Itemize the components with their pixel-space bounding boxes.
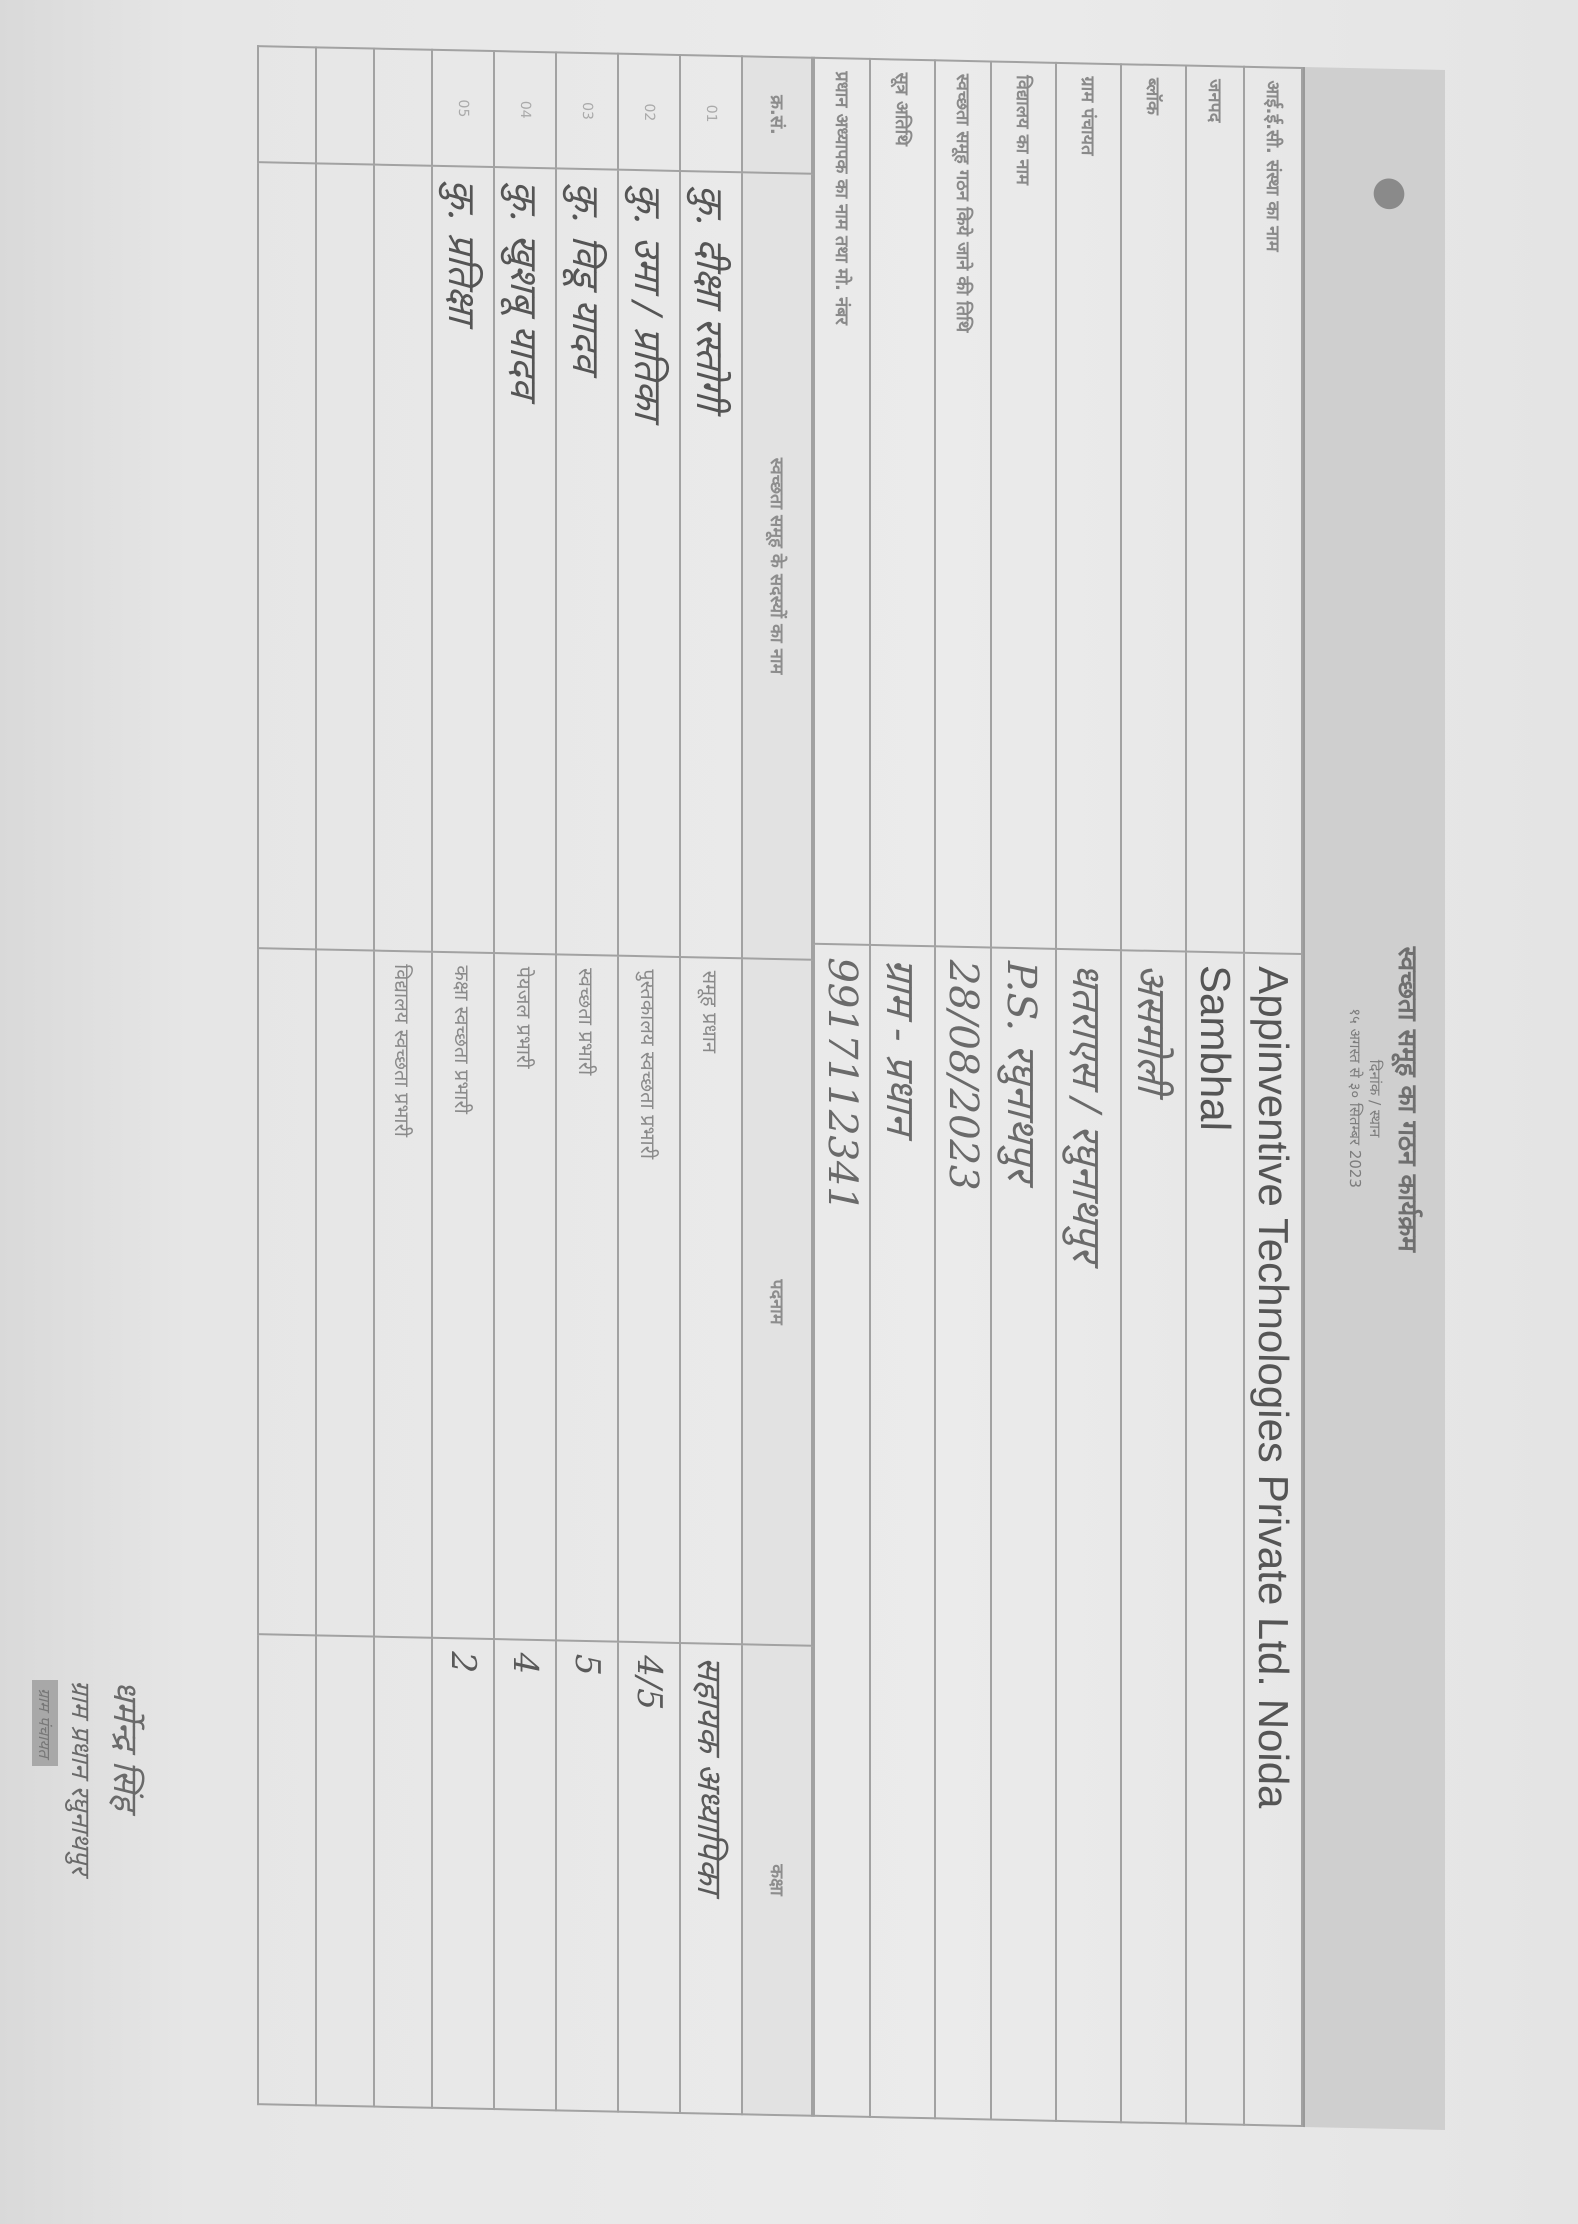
member-class: 5 [556, 1640, 618, 2111]
member-sno: 02 [618, 54, 680, 171]
member-row: 03कु. विडू यादवस्वच्छता प्रभारी5 [556, 52, 618, 2111]
member-class [374, 1637, 432, 2108]
member-class: 4/5 [618, 1642, 680, 2113]
detail-row: जनपदSambhal [1186, 66, 1244, 2125]
member-sno [316, 47, 374, 164]
form-sheet: स्वच्छता समूह का गठन कार्यक्रम दिनांक / … [215, 44, 1445, 2130]
member-designation [258, 948, 316, 1635]
detail-row: प्रधान अध्यापक का नाम तथा मो. नंबर991711… [814, 58, 870, 2117]
detail-value: ग्राम - प्रधान [870, 945, 935, 2118]
member-row [316, 47, 374, 2106]
header-class: कक्षा [742, 1644, 812, 2115]
member-sno: 01 [680, 55, 742, 172]
members-table: क्र.सं. स्वच्छता समूह के सदस्यों का नाम … [257, 45, 813, 2117]
form-header: स्वच्छता समूह का गठन कार्यक्रम दिनांक / … [1303, 67, 1445, 2130]
form-title: स्वच्छता समूह का गठन कार्यक्रम [1391, 69, 1427, 2130]
detail-value: Sambhal [1186, 952, 1244, 2125]
detail-label: ग्राम पंचायत [1056, 63, 1121, 950]
member-name: कु. विडू यादव [556, 168, 618, 955]
member-name [258, 162, 316, 949]
member-designation: कक्षा स्वच्छता प्रभारी [432, 952, 494, 1639]
member-row: 01कु. दीक्षा रस्तोगीसमूह प्रधानसहायक अध्… [680, 55, 742, 2114]
form-subtitle: दिनांक / स्थान १५ अगस्त से ३० सितम्बर 20… [1345, 68, 1385, 2129]
detail-value: धतराएस / रघुनाथपुर [1056, 949, 1121, 2122]
member-designation: समूह प्रधान [680, 957, 742, 1644]
official-stamp: ग्राम पंचायत [32, 1680, 58, 1766]
detail-value: P.S. रघुनाथपुर [991, 947, 1056, 2120]
signature-title: ग्राम प्रधान रघुनाथपुर [64, 1680, 100, 1875]
detail-label: स्वच्छता समूह गठन किये जाने की तिथि [935, 60, 991, 947]
detail-row: ब्लॉकअसमोली [1121, 64, 1186, 2123]
member-designation: स्वच्छता प्रभारी [556, 954, 618, 1641]
member-class [258, 1634, 316, 2105]
signature-block: धर्मेन्द्र सिंह ग्राम प्रधान रघुनाथपुर ग… [40, 1680, 160, 2100]
member-name: कु. दीक्षा रस्तोगी [680, 171, 742, 958]
member-designation: विद्यालय स्वच्छता प्रभारी [374, 951, 432, 1638]
member-sno [374, 49, 432, 166]
detail-label: आई.ई.सी. संस्था का नाम [1244, 67, 1302, 954]
member-class: 2 [432, 1638, 494, 2109]
detail-row: स्वच्छता समूह गठन किये जाने की तिथि28/08… [935, 60, 991, 2119]
member-row: 02कु. उमा / प्रतिकापुस्तकालय स्वच्छता प्… [618, 54, 680, 2113]
detail-label: सूत्र अतिथि [870, 59, 935, 946]
member-sno: 04 [494, 51, 556, 168]
member-row [258, 46, 316, 2105]
member-designation: पुस्तकालय स्वच्छता प्रभारी [618, 956, 680, 1643]
member-name: कु. उमा / प्रतिका [618, 170, 680, 957]
member-sno [258, 46, 316, 163]
member-row: विद्यालय स्वच्छता प्रभारी [374, 49, 432, 2108]
header-sno: क्र.सं. [742, 56, 812, 173]
member-designation [316, 949, 374, 1636]
detail-row: ग्राम पंचायतधतराएस / रघुनाथपुर [1056, 63, 1121, 2122]
member-class: सहायक अध्यापिका [680, 1643, 742, 2114]
detail-label: प्रधान अध्यापक का नाम तथा मो. नंबर [814, 58, 870, 945]
member-designation: पेयजल प्रभारी [494, 953, 556, 1640]
detail-value: असमोली [1121, 950, 1186, 2123]
detail-row: विद्यालय का नामP.S. रघुनाथपुर [991, 61, 1056, 2120]
header-designation: पदनाम [742, 958, 812, 1645]
detail-row: आई.ई.सी. संस्था का नामAppinventive Techn… [1244, 67, 1302, 2126]
detail-value: Appinventive Technologies Private Ltd. N… [1244, 953, 1302, 2126]
member-name: कु. प्रतिक्षा [432, 166, 494, 953]
member-row: 04कु. खुशबू यादवपेयजल प्रभारी4 [494, 51, 556, 2110]
detail-value: 28/08/2023 [935, 946, 991, 2119]
members-header-row: क्र.सं. स्वच्छता समूह के सदस्यों का नाम … [742, 56, 812, 2115]
photo-background: स्वच्छता समूह का गठन कार्यक्रम दिनांक / … [0, 0, 1578, 2224]
member-name [374, 165, 432, 952]
detail-value: 9917112341 [814, 944, 870, 2117]
member-sno: 05 [432, 50, 494, 167]
member-name [316, 163, 374, 950]
member-class: 4 [494, 1639, 556, 2110]
detail-label: विद्यालय का नाम [991, 61, 1056, 948]
details-table: आई.ई.सी. संस्था का नामAppinventive Techn… [813, 57, 1303, 2127]
detail-label: जनपद [1186, 66, 1244, 953]
header-name: स्वच्छता समूह के सदस्यों का नाम [742, 172, 812, 959]
member-name: कु. खुशबू यादव [494, 167, 556, 954]
member-sno: 03 [556, 52, 618, 169]
detail-label: ब्लॉक [1121, 64, 1186, 951]
detail-row: सूत्र अतिथिग्राम - प्रधान [870, 59, 935, 2118]
member-class [316, 1635, 374, 2106]
signature-name: धर्मेन्द्र सिंह [104, 1680, 150, 1875]
member-row: 05कु. प्रतिक्षाकक्षा स्वच्छता प्रभारी2 [432, 50, 494, 2109]
